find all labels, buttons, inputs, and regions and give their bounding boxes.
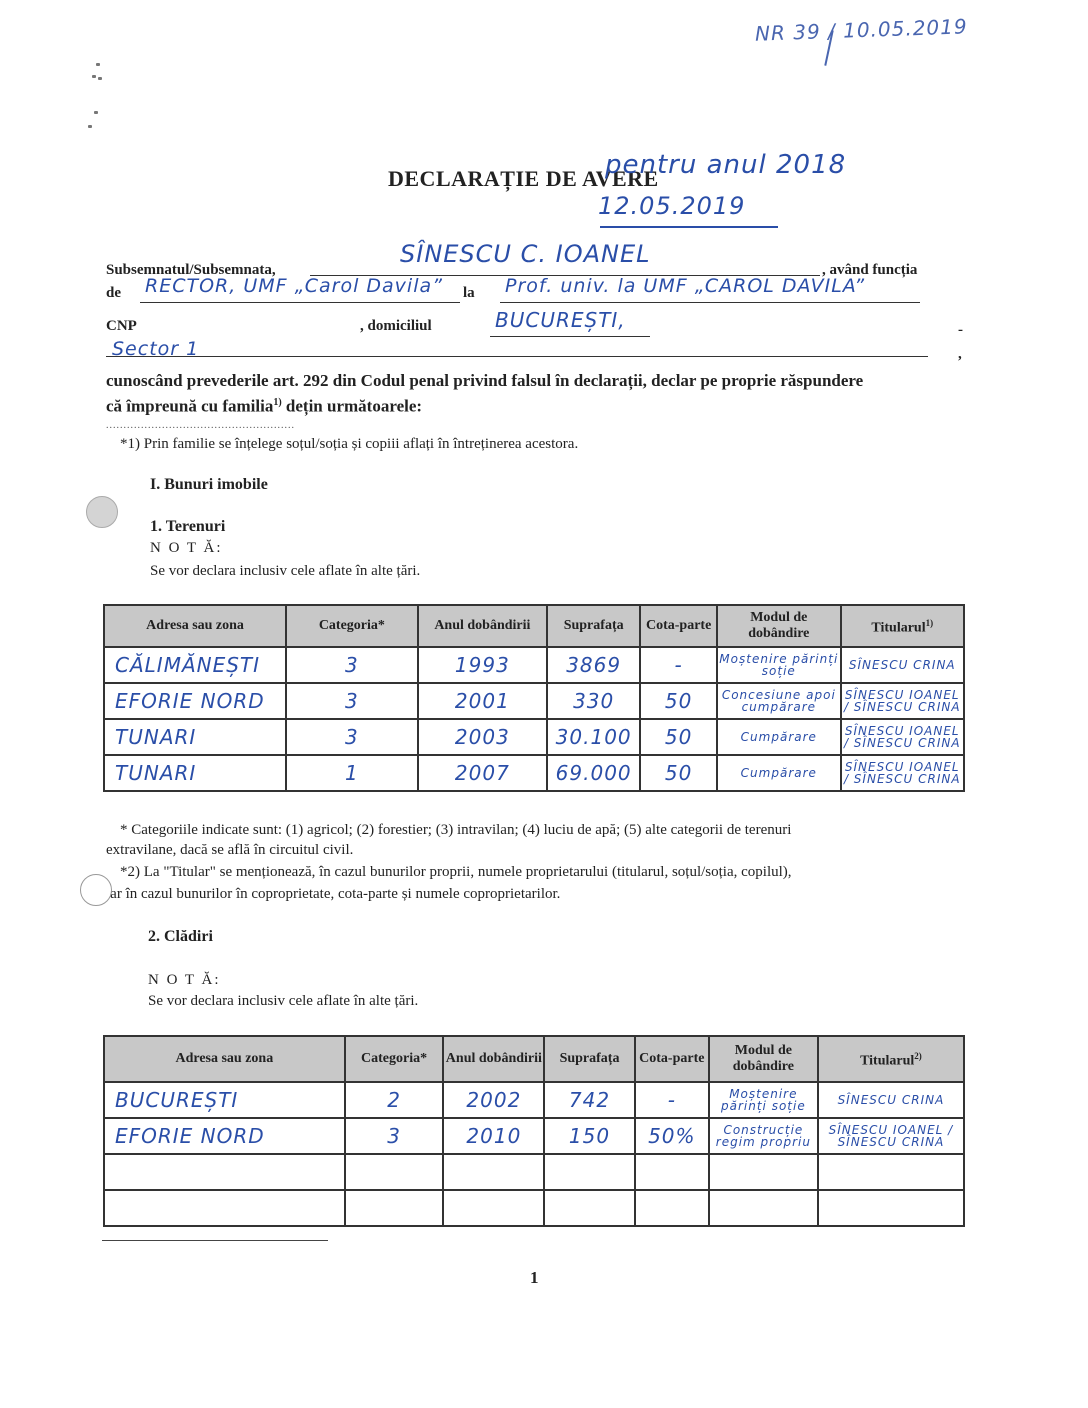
table-row: EFORIE NORD3200133050Concesiune apoi cum… <box>104 683 964 719</box>
cell-modul[interactable] <box>709 1190 818 1226</box>
table-row: EFORIE NORD3201015050%Construcție regim … <box>104 1118 964 1154</box>
cell-titular[interactable]: SÎNESCU IOANEL / SÎNESCU CRINA <box>841 755 964 791</box>
speck <box>88 125 92 128</box>
cell-suprafata[interactable]: 3869 <box>547 647 640 683</box>
label-de: de <box>106 285 121 302</box>
cell-modul[interactable]: Cumpărare <box>717 755 840 791</box>
cell-adresa[interactable] <box>104 1154 345 1190</box>
col-modul: Modul de dobândire <box>717 605 840 647</box>
col-adresa: Adresa sau zona <box>104 1036 345 1082</box>
cell-titular[interactable] <box>818 1154 964 1190</box>
cell-adresa[interactable]: EFORIE NORD <box>104 1118 345 1154</box>
col-suprafata: Suprafața <box>544 1036 635 1082</box>
subsection-title-terenuri: 1. Terenuri <box>150 518 225 536</box>
label-cnp: CNP <box>106 318 137 335</box>
cell-categoria[interactable]: 3 <box>286 683 418 719</box>
cell-anul[interactable]: 2003 <box>418 719 548 755</box>
cell-suprafata[interactable]: 742 <box>544 1082 635 1118</box>
col-modul: Modul de dobândire <box>709 1036 818 1082</box>
footnote-separator <box>102 1240 328 1241</box>
col-anul: Anul dobândirii <box>443 1036 544 1082</box>
domicile-underline <box>490 336 650 337</box>
institution-underline <box>500 302 920 303</box>
cell-categoria[interactable]: 3 <box>286 647 418 683</box>
label-la: la <box>463 285 475 302</box>
cell-cota[interactable]: 50% <box>635 1118 709 1154</box>
cell-anul[interactable]: 2002 <box>443 1082 544 1118</box>
col-categoria: Categoria* <box>345 1036 444 1082</box>
speck <box>92 75 96 78</box>
cell-titular[interactable]: SÎNESCU CRINA <box>818 1082 964 1118</box>
footnote-titular-1: *2) La "Titular" se menționează, în cazu… <box>120 862 792 882</box>
cell-adresa[interactable]: TUNARI <box>104 755 286 791</box>
nota-label-cladiri: N O T Ă: <box>148 970 221 990</box>
cell-anul[interactable]: 2001 <box>418 683 548 719</box>
col-titular-label: Titularul <box>871 621 925 636</box>
col-cota: Cota-parte <box>635 1036 709 1082</box>
declaration-line-2: că împreună cu familia1) dețin următoare… <box>106 392 422 418</box>
table-row <box>104 1190 964 1226</box>
table-row: TUNARI3200330.10050CumpărareSÎNESCU IOAN… <box>104 719 964 755</box>
cell-suprafata[interactable]: 69.000 <box>547 755 640 791</box>
table-row: TUNARI1200769.00050CumpărareSÎNESCU IOAN… <box>104 755 964 791</box>
cell-adresa[interactable]: BUCUREȘTI <box>104 1082 345 1118</box>
cell-adresa[interactable]: CĂLIMĂNEȘTI <box>104 647 286 683</box>
punch-hole-mark <box>80 874 112 906</box>
cell-cota[interactable] <box>635 1190 709 1226</box>
col-anul: Anul dobândirii <box>418 605 548 647</box>
footnote-ref-1: 1) <box>273 397 281 408</box>
cell-anul[interactable] <box>443 1190 544 1226</box>
page-number: 1 <box>530 1268 539 1288</box>
cell-anul[interactable]: 1993 <box>418 647 548 683</box>
handwritten-year: pentru anul 2018 <box>605 150 846 180</box>
footnote-family: *1) Prin familie se înțelege soțul/soția… <box>120 434 578 454</box>
cell-adresa[interactable] <box>104 1190 345 1226</box>
punch-hole-mark <box>86 496 118 528</box>
cell-anul[interactable] <box>443 1154 544 1190</box>
col-titular: Titularul1) <box>841 605 964 647</box>
cell-modul[interactable]: Concesiune apoi cumpărare <box>717 683 840 719</box>
nota-text-terenuri: Se vor declara inclusiv cele aflate în a… <box>150 561 420 581</box>
domicile-line2-underline <box>106 356 928 357</box>
registration-number: NR 39 / 10.05.2019 <box>755 14 968 45</box>
function-underline <box>140 302 460 303</box>
cell-adresa[interactable]: TUNARI <box>104 719 286 755</box>
cell-titular[interactable]: SÎNESCU IOANEL / SÎNESCU CRINA <box>818 1118 964 1154</box>
cell-modul[interactable]: Construcție regim propriu <box>709 1118 818 1154</box>
speck <box>94 111 98 114</box>
speck <box>96 63 100 66</box>
cell-anul[interactable]: 2007 <box>418 755 548 791</box>
col-titular-label: Titularul <box>860 1054 914 1069</box>
handwritten-date: 12.05.2019 <box>598 192 745 220</box>
cell-modul[interactable]: Moștenire părinți soție <box>709 1082 818 1118</box>
cell-categoria[interactable] <box>345 1154 444 1190</box>
dotted-line: ........................................… <box>106 420 295 431</box>
table-row: BUCUREȘTI22002742-Moștenire părinți soți… <box>104 1082 964 1118</box>
declaration-line-2-suffix: dețin următoarele: <box>282 397 422 416</box>
col-titular: Titularul2) <box>818 1036 964 1082</box>
cell-titular[interactable]: SÎNESCU CRINA <box>841 647 964 683</box>
field-name[interactable]: SÎNESCU C. IOANEL <box>400 240 651 268</box>
field-institution[interactable]: Prof. univ. la UMF „CAROL DAVILA” <box>505 275 865 297</box>
cell-cota[interactable] <box>635 1154 709 1190</box>
table-terenuri: Adresa sau zona Categoria* Anul dobândir… <box>103 604 965 792</box>
cell-modul[interactable]: Moștenire părinți soție <box>717 647 840 683</box>
col-suprafata: Suprafața <box>547 605 640 647</box>
col-adresa: Adresa sau zona <box>104 605 286 647</box>
col-categoria: Categoria* <box>286 605 418 647</box>
cell-adresa[interactable]: EFORIE NORD <box>104 683 286 719</box>
cell-suprafata[interactable]: 150 <box>544 1118 635 1154</box>
table-cladiri: Adresa sau zona Categoria* Anul dobândir… <box>103 1035 965 1227</box>
cell-titular[interactable]: SÎNESCU IOANEL / SÎNESCU CRINA <box>841 719 964 755</box>
cell-categoria[interactable]: 3 <box>345 1118 444 1154</box>
footnote-titular-2: iar în cazul bunurilor în coproprietate,… <box>106 884 560 904</box>
cell-suprafata[interactable]: 30.100 <box>547 719 640 755</box>
speck <box>98 77 102 80</box>
cell-suprafata[interactable]: 330 <box>547 683 640 719</box>
section-title-bunuri-imobile: I. Bunuri imobile <box>150 476 268 494</box>
cell-cota[interactable]: - <box>635 1082 709 1118</box>
table-row: CĂLIMĂNEȘTI319933869-Moștenire părinți s… <box>104 647 964 683</box>
trailing-comma: , <box>958 346 962 363</box>
cell-cota[interactable]: 50 <box>640 683 717 719</box>
subsection-title-cladiri: 2. Clădiri <box>148 928 213 946</box>
footnote-categories-1: * Categoriile indicate sunt: (1) agricol… <box>120 820 791 840</box>
cell-anul[interactable]: 2010 <box>443 1118 544 1154</box>
footnote-categories-2: extravilane, dacă se află în circuitul c… <box>106 840 353 860</box>
cell-cota[interactable]: 50 <box>640 719 717 755</box>
scan-specks <box>90 55 110 135</box>
table-row <box>104 1154 964 1190</box>
cell-cota[interactable]: 50 <box>640 755 717 791</box>
field-cnp[interactable] <box>150 318 350 336</box>
cell-suprafata[interactable] <box>544 1190 635 1226</box>
label-domiciliul: , domiciliul <box>360 318 432 335</box>
field-function[interactable]: RECTOR, UMF „Carol Davila” <box>145 275 443 297</box>
cell-titular[interactable] <box>818 1190 964 1226</box>
cell-categoria[interactable]: 2 <box>345 1082 444 1118</box>
footnote-ref: 2) <box>914 1051 922 1061</box>
col-cota: Cota-parte <box>640 605 717 647</box>
terenuri-rows: CĂLIMĂNEȘTI319933869-Moștenire părinți s… <box>104 647 964 791</box>
cell-categoria[interactable]: 3 <box>286 719 418 755</box>
trailing-dash: - <box>958 322 963 339</box>
cell-titular[interactable]: SÎNESCU IOANEL / SÎNESCU CRINA <box>841 683 964 719</box>
cell-modul[interactable]: Cumpărare <box>717 719 840 755</box>
field-domicile[interactable]: BUCUREȘTI, <box>495 308 626 332</box>
cell-cota[interactable]: - <box>640 647 717 683</box>
cell-categoria[interactable] <box>345 1190 444 1226</box>
footnote-ref: 1) <box>926 618 934 628</box>
cladiri-rows: BUCUREȘTI22002742-Moștenire părinți soți… <box>104 1082 964 1226</box>
declaration-line-2-prefix: că împreună cu familia <box>106 397 273 416</box>
cell-suprafata[interactable] <box>544 1154 635 1190</box>
nota-text-cladiri: Se vor declara inclusiv cele aflate în a… <box>148 991 418 1011</box>
declaration-line-1: cunoscând prevederile art. 292 din Codul… <box>106 370 863 392</box>
cell-modul[interactable] <box>709 1154 818 1190</box>
date-underline <box>600 226 778 228</box>
cell-categoria[interactable]: 1 <box>286 755 418 791</box>
nota-label-terenuri: N O T Ă: <box>150 538 223 558</box>
